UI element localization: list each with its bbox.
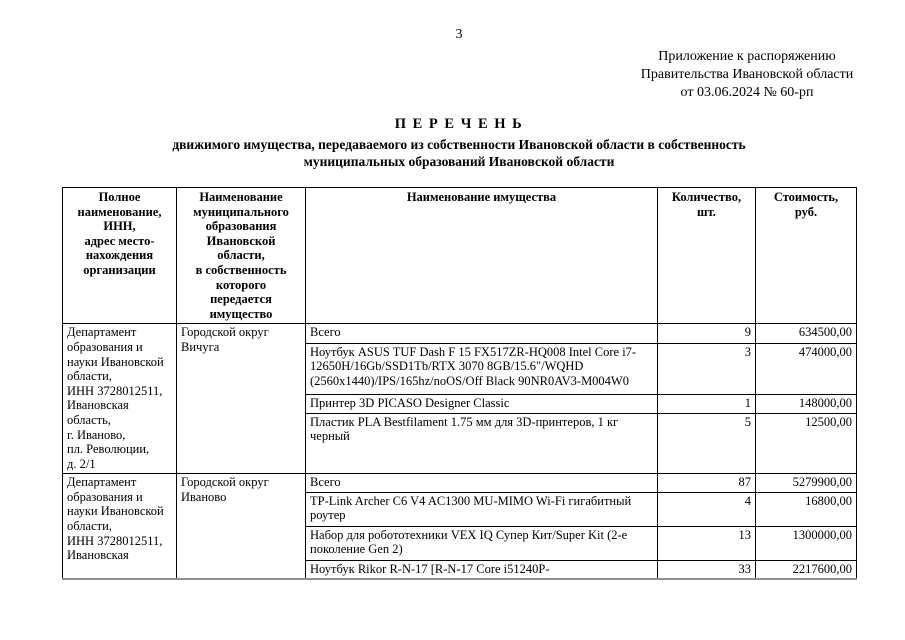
cost-cell: 1300000,00: [756, 526, 857, 560]
quantity-cell: 87: [658, 474, 756, 493]
quantity-cell: 33: [658, 560, 756, 579]
column-header-organization: Полное наименование, ИНН, адрес место- н…: [63, 188, 177, 324]
property-table: Полное наименование, ИНН, адрес место- н…: [62, 187, 857, 580]
property-name-cell: Набор для робототехники VEX IQ Супер Кит…: [306, 526, 658, 560]
property-name-cell: Всего: [306, 324, 658, 343]
cost-cell: 5279900,00: [756, 474, 857, 493]
municipality-cell: Городской округ Вичуга: [177, 324, 306, 474]
property-name-cell: Ноутбук Rikor R-N-17 [R-N-17 Core i51240…: [306, 560, 658, 579]
document-subtitle: движимого имущества, передаваемого из со…: [62, 137, 856, 170]
cost-cell: 634500,00: [756, 324, 857, 343]
quantity-cell: 5: [658, 413, 756, 474]
cost-cell: 16800,00: [756, 492, 857, 526]
property-name-cell: Пластик PLA Bestfilament 1.75 мм для 3D-…: [306, 413, 658, 474]
cost-cell: 2217600,00: [756, 560, 857, 579]
quantity-cell: 9: [658, 324, 756, 343]
organization-cell: Департамент образования и науки Ивановск…: [63, 474, 177, 580]
cost-cell: 12500,00: [756, 413, 857, 474]
column-header-quantity: Количество, шт.: [658, 188, 756, 324]
municipality-cell: Городской округ Иваново: [177, 474, 306, 580]
column-header-cost: Стоимость, руб.: [756, 188, 857, 324]
document-page: 3 Приложение к распоряжению Правительств…: [0, 0, 905, 640]
column-header-property: Наименование имущества: [306, 188, 658, 324]
table-header-row: Полное наименование, ИНН, адрес место- н…: [63, 188, 857, 324]
document-title: П Е Р Е Ч Е Н Ь: [62, 115, 856, 133]
cost-cell: 474000,00: [756, 343, 857, 394]
property-name-cell: Всего: [306, 474, 658, 493]
table-row: Департамент образования и науки Ивановск…: [63, 324, 857, 343]
quantity-cell: 13: [658, 526, 756, 560]
property-name-cell: Ноутбук ASUS TUF Dash F 15 FX517ZR-HQ008…: [306, 343, 658, 394]
cost-cell: 148000,00: [756, 394, 857, 413]
property-name-cell: Принтер 3D PICASO Designer Classic: [306, 394, 658, 413]
organization-cell: Департамент образования и науки Ивановск…: [63, 324, 177, 474]
quantity-cell: 1: [658, 394, 756, 413]
appendix-note: Приложение к распоряжению Правительства …: [613, 48, 881, 102]
property-name-cell: TP-Link Archer C6 V4 AC1300 MU-MIMO Wi-F…: [306, 492, 658, 526]
quantity-cell: 3: [658, 343, 756, 394]
page-number: 3: [62, 26, 856, 44]
column-header-municipality: Наименование муниципального образования …: [177, 188, 306, 324]
quantity-cell: 4: [658, 492, 756, 526]
document-title-block: П Е Р Е Ч Е Н Ь движимого имущества, пер…: [62, 115, 856, 170]
table-row: Департамент образования и науки Ивановск…: [63, 474, 857, 493]
